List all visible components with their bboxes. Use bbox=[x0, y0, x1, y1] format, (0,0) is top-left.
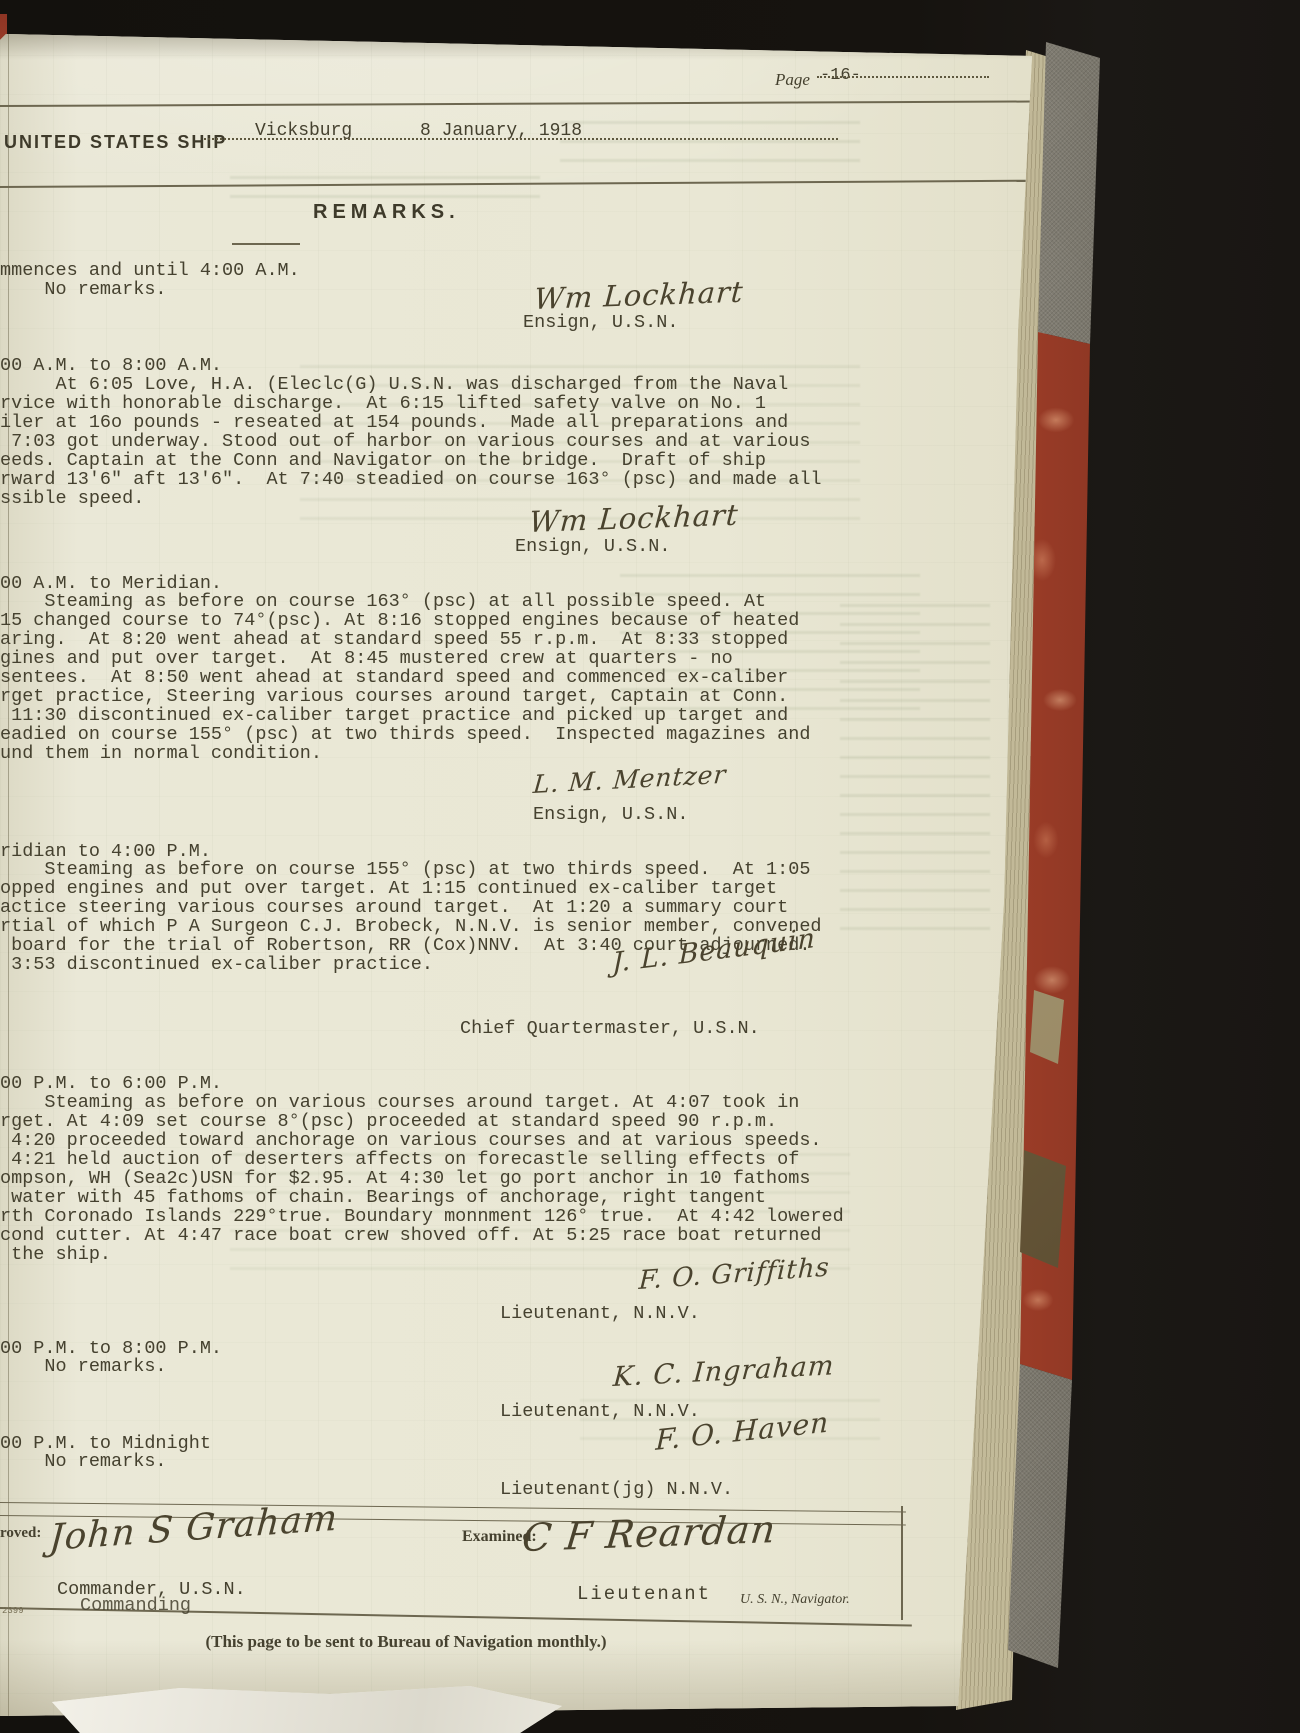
signer-title: Chief Quartermaster, U.S.N. bbox=[460, 1019, 760, 1038]
page-label: Page bbox=[775, 70, 810, 89]
page-edge-shadow bbox=[0, 34, 1040, 60]
log-page: Page -16- UNITED STATES SHIP Vicksburg 8… bbox=[0, 0, 1300, 1733]
ship-name-line bbox=[204, 138, 838, 140]
signer-title: Lieutenant(jg) N.N.V. bbox=[500, 1480, 733, 1499]
ship-label: UNITED STATES SHIP bbox=[4, 132, 227, 153]
form-number: 2399 bbox=[2, 1606, 24, 1616]
approved-title-2: Commanding bbox=[80, 1596, 191, 1615]
logbook-photo: Page -16- UNITED STATES SHIP Vicksburg 8… bbox=[0, 0, 1300, 1733]
entry-text: At 6:05 Love, H.A. (Eleclc(G) U.S.N. was… bbox=[0, 375, 822, 508]
entry-text: No remarks. bbox=[0, 280, 167, 299]
signer-title: Lieutenant, N.N.V. bbox=[500, 1304, 700, 1323]
signer-title: Lieutenant, N.N.V. bbox=[500, 1402, 700, 1421]
remarks-dash bbox=[232, 243, 300, 245]
signer-title: Ensign, U.S.N. bbox=[523, 313, 678, 332]
entry-heading: 00 A.M. to 8:00 A.M. bbox=[0, 356, 222, 375]
entry-text: Steaming as before on course 163° (psc) … bbox=[0, 592, 810, 763]
page-number-line bbox=[817, 76, 989, 78]
entry-text: No remarks. bbox=[0, 1357, 167, 1376]
entry-heading: 00 P.M. to 6:00 P.M. bbox=[0, 1074, 222, 1093]
entry-text: No remarks. bbox=[0, 1452, 167, 1471]
bleed-through bbox=[560, 118, 860, 162]
remarks-title: REMARKS. bbox=[313, 201, 460, 224]
approved-label: roved: bbox=[0, 1524, 41, 1543]
bleed-through bbox=[840, 600, 990, 930]
examined-subtitle: U. S. N., Navigator. bbox=[740, 1590, 850, 1609]
signature-navigator: C F Reardan bbox=[520, 1507, 778, 1560]
signer-title: Ensign, U.S.N. bbox=[533, 805, 688, 824]
signer-title: Ensign, U.S.N. bbox=[515, 537, 670, 556]
entry-heading: mmences and until 4:00 A.M. bbox=[0, 261, 300, 280]
approval-box-right-border bbox=[901, 1506, 903, 1620]
bleed-through bbox=[230, 176, 540, 198]
entry-text: Steaming as before on various courses ar… bbox=[0, 1093, 844, 1264]
examined-title: Lieutenant bbox=[577, 1585, 711, 1604]
